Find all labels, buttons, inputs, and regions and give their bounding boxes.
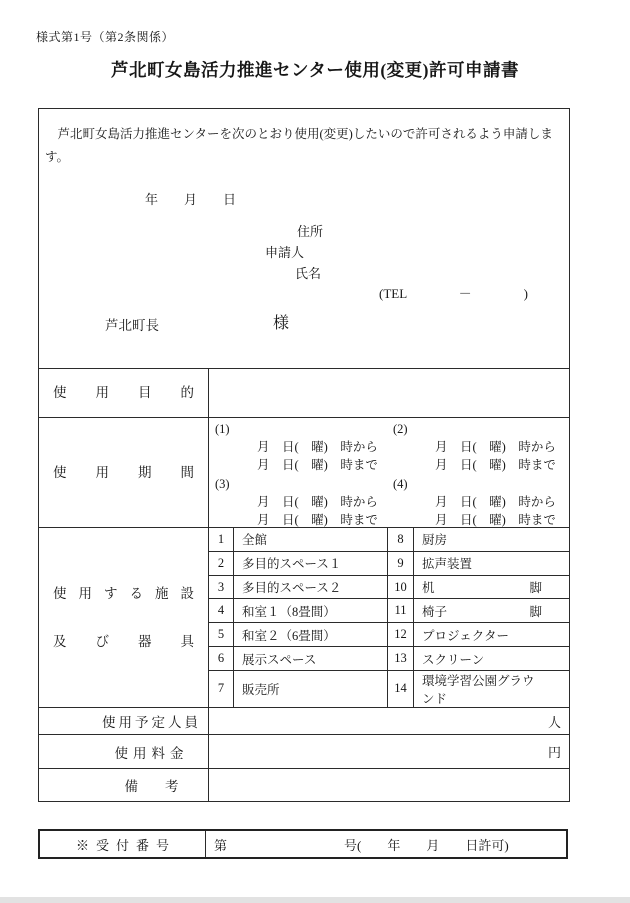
facility-unit-label: 脚 (529, 602, 542, 620)
period-entry: (1) 月 日( 曜) 時から 月 日( 曜) 時まで (215, 420, 391, 474)
honorific-label: 様 (273, 310, 289, 333)
facility-name-cell: 展示スペース (234, 647, 388, 670)
facility-number-cell: 2 (209, 552, 234, 575)
facility-name-cell: 机 脚 (414, 576, 569, 599)
period-label: 使用期間 (39, 463, 208, 483)
facility-row: 6 展示スペース 13 スクリーン (209, 646, 569, 670)
facility-name: スクリーン (422, 650, 484, 668)
people-label-cell: 使用予定人員 (39, 708, 209, 734)
header-section: 芦北町女島活力推進センターを次のとおり使用(変更)したいので許可されるよう申請し… (39, 109, 569, 368)
purpose-label-cell: 使用目的 (39, 369, 209, 417)
period-from-line: 月 日( 曜) 時から (257, 493, 391, 511)
facility-number-cell: 4 (209, 599, 234, 622)
facility-name-cell: 和室１（8畳間） (234, 599, 388, 622)
facility-number-cell: 5 (209, 623, 234, 646)
period-entry: (4) 月 日( 曜) 時から 月 日( 曜) 時まで (393, 475, 569, 529)
facility-name: 厨房 (422, 530, 447, 548)
facility-name-cell: 販売所 (234, 671, 388, 707)
facility-number-cell: 10 (388, 576, 414, 599)
facility-row: 5 和室２（6畳間） 12 プロジェクター (209, 622, 569, 646)
facility-name: 環境学習公園グラウンド (422, 671, 542, 707)
facility-name: 拡声装置 (422, 554, 472, 572)
facility-number-cell: 11 (388, 599, 414, 622)
page-bottom-edge (0, 897, 630, 903)
address-label: 住所 (297, 221, 323, 240)
facility-name-cell: プロジェクター (414, 623, 569, 646)
facility-name-cell: 椅子 脚 (414, 599, 569, 622)
facilities-row: 使用する施設 及び器具 1 全館 8 厨房 2 多目的スペース１ 9 拡声装置 (39, 527, 569, 707)
facility-number-cell: 1 (209, 528, 234, 551)
facility-row: 7 販売所 14 環境学習公園グラウンド (209, 670, 569, 707)
facility-name-cell: スクリーン (414, 647, 569, 670)
facility-number-cell: 9 (388, 552, 414, 575)
receipt-number-label: ※受付番号 (40, 831, 206, 857)
facility-row: 4 和室１（8畳間） 11 椅子 脚 (209, 598, 569, 622)
facility-name-cell: 環境学習公園グラウンド (414, 671, 569, 707)
period-to-line: 月 日( 曜) 時まで (257, 456, 391, 474)
people-value-cell: 人 (209, 708, 569, 734)
facility-number-cell: 8 (388, 528, 414, 551)
period-from-line: 月 日( 曜) 時から (257, 438, 391, 456)
period-entry-number: (3) (215, 475, 391, 493)
period-to-line: 月 日( 曜) 時まで (257, 511, 391, 529)
application-form-box: 芦北町女島活力推進センターを次のとおり使用(変更)したいので許可されるよう申請し… (38, 108, 570, 802)
period-from-line: 月 日( 曜) 時から (435, 493, 569, 511)
period-entry-number: (2) (393, 420, 569, 438)
remarks-value-cell (209, 769, 569, 801)
remarks-label: 備 考 (39, 775, 208, 795)
tel-line: (TEL － ) (379, 283, 528, 302)
period-entry: (2) 月 日( 曜) 時から 月 日( 曜) 時まで (393, 420, 569, 474)
facility-unit-label: 脚 (529, 578, 542, 596)
facility-row: 2 多目的スペース１ 9 拡声装置 (209, 551, 569, 575)
facility-name-cell: 厨房 (414, 528, 569, 551)
fee-row: 使用料金 円 (39, 734, 569, 768)
fee-label-cell: 使用料金 (39, 735, 209, 768)
people-label: 使用予定人員 (39, 711, 208, 731)
facility-number-cell: 13 (388, 647, 414, 670)
facility-number-cell: 6 (209, 647, 234, 670)
period-from-line: 月 日( 曜) 時から (435, 438, 569, 456)
fee-label: 使用料金 (39, 742, 208, 762)
facility-number-cell: 3 (209, 576, 234, 599)
people-row: 使用予定人員 人 (39, 707, 569, 734)
facility-name-cell: 多目的スペース１ (234, 552, 388, 575)
facilities-label-cell: 使用する施設 及び器具 (39, 528, 209, 707)
facility-number-cell: 7 (209, 671, 234, 707)
period-entry-number: (4) (393, 475, 569, 493)
page-title: 芦北町女島活力推進センター使用(変更)許可申請書 (0, 57, 630, 82)
period-label-cell: 使用期間 (39, 418, 209, 527)
period-value-cell: (1) 月 日( 曜) 時から 月 日( 曜) 時まで (2) 月 日( 曜) … (209, 418, 569, 527)
period-to-line: 月 日( 曜) 時まで (435, 456, 569, 474)
name-label: 氏名 (295, 263, 321, 282)
form-number-note: 様式第1号（第2条関係） (36, 28, 174, 45)
purpose-value-cell (209, 369, 569, 417)
purpose-label: 使用目的 (39, 383, 208, 403)
remarks-row: 備 考 (39, 768, 569, 801)
facility-row: 1 全館 8 厨房 (209, 528, 569, 551)
fee-value-cell: 円 (209, 735, 569, 768)
facility-name-cell: 拡声装置 (414, 552, 569, 575)
receipt-number-value: 第 号( 年 月 日許可) (206, 831, 566, 857)
application-statement: 芦北町女島活力推進センターを次のとおり使用(変更)したいので許可されるよう申請し… (45, 123, 561, 169)
facility-name: プロジェクター (422, 626, 509, 644)
facility-name-cell: 多目的スペース２ (234, 576, 388, 599)
applicant-label: 申請人 (265, 242, 304, 261)
period-entry-number: (1) (215, 420, 391, 438)
facilities-table: 1 全館 8 厨房 2 多目的スペース１ 9 拡声装置 3 多目的スペース２ (209, 528, 569, 707)
receipt-box: ※受付番号 第 号( 年 月 日許可) (38, 829, 568, 859)
facility-name-cell: 和室２（6畳間） (234, 623, 388, 646)
date-line: 年 月 日 (145, 189, 236, 208)
mayor-label: 芦北町長 (105, 314, 159, 334)
fee-unit-label: 円 (548, 742, 561, 761)
purpose-row: 使用目的 (39, 368, 569, 417)
remarks-label-cell: 備 考 (39, 769, 209, 801)
facility-number-cell: 12 (388, 623, 414, 646)
facility-name: 椅子 (422, 602, 447, 620)
period-row: 使用期間 (1) 月 日( 曜) 時から 月 日( 曜) 時まで (2) 月 日… (39, 417, 569, 527)
period-to-line: 月 日( 曜) 時まで (435, 511, 569, 529)
facilities-label-line2: 及び器具 (39, 618, 208, 666)
people-unit-label: 人 (548, 712, 561, 731)
period-entry: (3) 月 日( 曜) 時から 月 日( 曜) 時まで (215, 475, 391, 529)
facility-name: 机 (422, 578, 435, 596)
facility-name-cell: 全館 (234, 528, 388, 551)
facility-number-cell: 14 (388, 671, 414, 707)
facilities-label-line1: 使用する施設 (39, 570, 208, 618)
facility-row: 3 多目的スペース２ 10 机 脚 (209, 575, 569, 599)
